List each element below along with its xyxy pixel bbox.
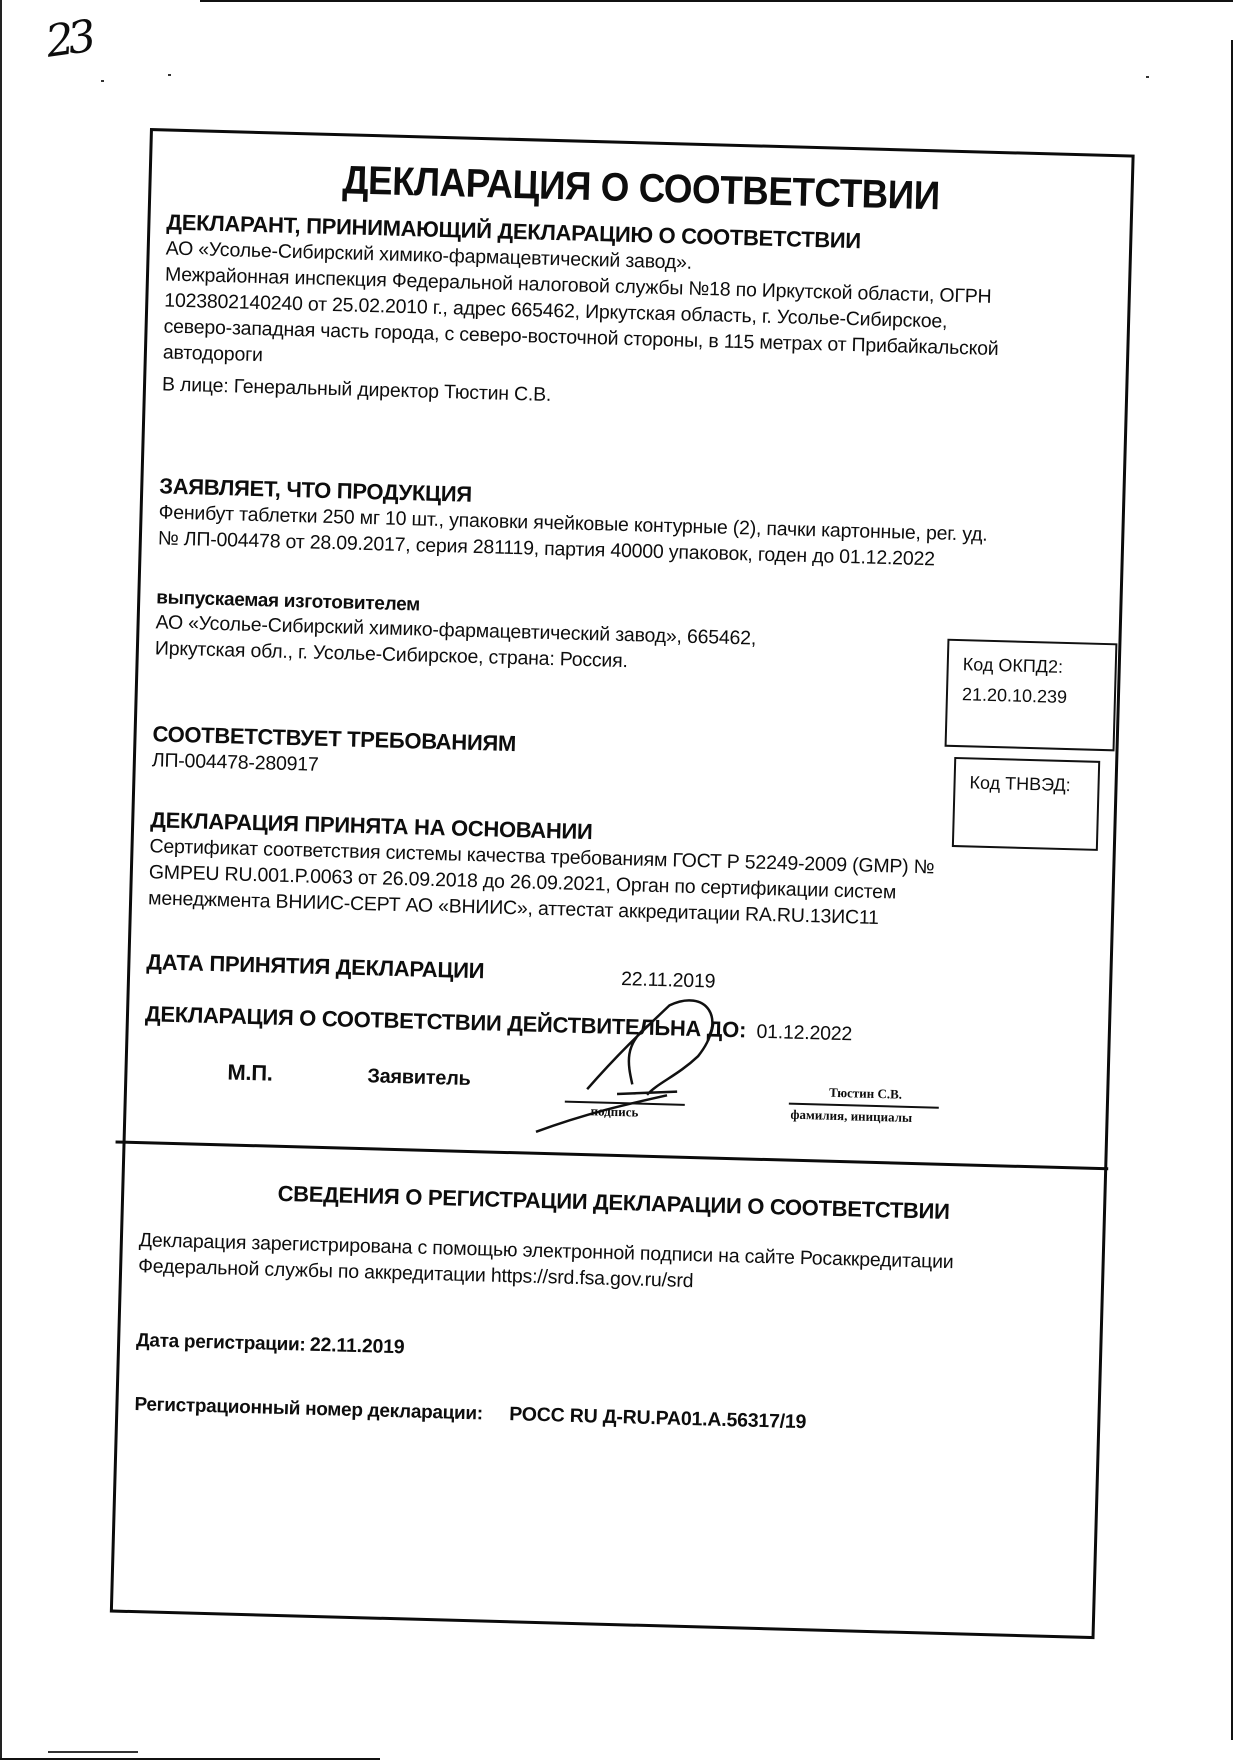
- tnved-label: Код ТНВЭД:: [969, 767, 1084, 800]
- registration-number-row: Регистрационный номер декларации: РОСС R…: [134, 1391, 1077, 1442]
- registration-section: Декларация зарегистрирована с помощью эл…: [138, 1227, 1082, 1304]
- scan-speck: [101, 80, 104, 82]
- scan-mark: [48, 1751, 138, 1753]
- valid-until-value: 01.12.2022: [756, 1021, 852, 1046]
- registration-number-value: РОСС RU Д-RU.PA01.A.56317/19: [509, 1403, 807, 1433]
- handwritten-page-number: 23: [43, 11, 94, 68]
- registration-heading-wrap: СВЕДЕНИЯ О РЕГИСТРАЦИИ ДЕКЛАРАЦИИ О СООТ…: [124, 1177, 1103, 1229]
- declarant-section: ДЕКЛАРАНТ, ПРИНИМАЮЩИЙ ДЕКЛАРАЦИЮ О СООТ…: [162, 209, 1110, 422]
- signer-name: Тюстин С.В.: [829, 1085, 902, 1103]
- acceptance-date-value: 22.11.2019: [621, 966, 716, 995]
- scan-speck: [168, 74, 171, 76]
- section-divider: [116, 1140, 1109, 1170]
- registration-number-label: Регистрационный номер декларации:: [134, 1394, 483, 1424]
- acceptance-date-label: ДАТА ПРИНЯТИЯ ДЕКЛАРАЦИИ: [146, 949, 484, 983]
- requirements-section: СООТВЕТСТВУЕТ ТРЕБОВАНИЯМ ЛП-004478-2809…: [152, 721, 916, 794]
- declaration-frame: ДЕКЛАРАЦИЯ О СООТВЕТСТВИИ ДЕКЛАРАНТ, ПРИ…: [110, 128, 1135, 1639]
- applicant-label: Заявитель: [367, 1065, 471, 1091]
- registration-date-value: 22.11.2019: [310, 1334, 405, 1359]
- okpd2-value: 21.20.10.239: [962, 679, 1101, 713]
- name-caption: фамилия, инициалы: [790, 1107, 912, 1126]
- stamp-label: М.П.: [227, 1059, 273, 1086]
- scan-edge: [0, 0, 2, 1760]
- okpd2-code-box: Код ОКПД2: 21.20.10.239: [945, 639, 1118, 752]
- scan-speck: [1146, 76, 1149, 78]
- signature-caption: подпись: [590, 1103, 638, 1120]
- registration-date-label: Дата регистрации:: [136, 1330, 306, 1356]
- registration-heading: СВЕДЕНИЯ О РЕГИСТРАЦИИ ДЕКЛАРАЦИИ О СООТ…: [277, 1181, 950, 1224]
- signature-scribble-icon: [526, 992, 750, 1148]
- product-section: ЗАЯВЛЯЕТ, ЧТО ПРОДУКЦИЯ Фенибут таблетки…: [158, 473, 1103, 576]
- registration-date-row: Дата регистрации: 22.11.2019: [136, 1327, 1079, 1378]
- okpd2-label: Код ОКПД2:: [962, 649, 1101, 683]
- scan-edge: [200, 0, 1233, 2]
